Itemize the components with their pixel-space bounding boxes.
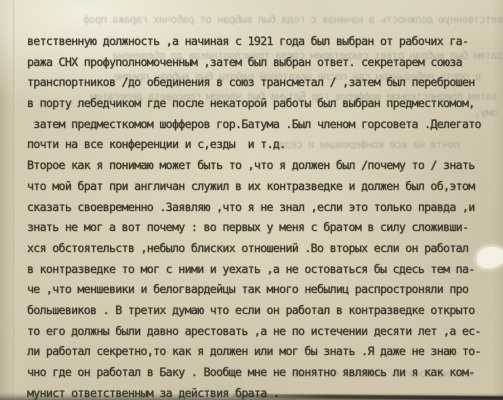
document-line: в порту лебедчиком где после некаторой р…	[27, 93, 493, 114]
document-line: че ,что меншевики и белогвардейцы так мн…	[27, 279, 493, 300]
document-line: транспортников /до обединения в союз тра…	[27, 72, 493, 93]
document-line: чно где он работал в Баку . Вообще мне н…	[27, 362, 493, 383]
document-text: ветственную должность ,а начиная с 1921 …	[27, 31, 493, 400]
document-line: сказать своевременно .Заявляю ,что я не …	[27, 197, 493, 218]
bleed-through-line: ветственную должность а начиная с года б…	[55, 14, 503, 26]
document-line: большевиков . В третих думаю что если он…	[27, 300, 493, 321]
document-line: почти на все конференции и с,езды и т.д.	[27, 134, 493, 155]
paper-hole	[477, 247, 503, 268]
document-line: затем предместкомом шофферов гор.Батума …	[27, 114, 493, 135]
document-line: ража СНХ профуполномоченным ,затем был в…	[27, 52, 493, 73]
scanned-document: ветственную должность а начиная с года б…	[0, 0, 503, 400]
document-line: хся обстоятельств ,небыло блиских отноше…	[27, 238, 493, 259]
document-line: ветственную должность ,а начиная с 1921 …	[27, 31, 493, 52]
document-line: то его должны были давно арестовать ,а н…	[27, 321, 493, 342]
paper-crease	[12, 0, 15, 400]
document-line: знать не мог а вот почему : во первых у …	[27, 217, 493, 238]
document-line: ли работал секретно,то как я должен или …	[27, 341, 493, 362]
document-line: Второе как я понимаю может быть то ,что …	[27, 155, 493, 176]
document-line: что мой брат при англичан служил в их ко…	[27, 176, 493, 197]
document-line: в контразведке то мог с ними и уехать ,а…	[27, 259, 493, 280]
